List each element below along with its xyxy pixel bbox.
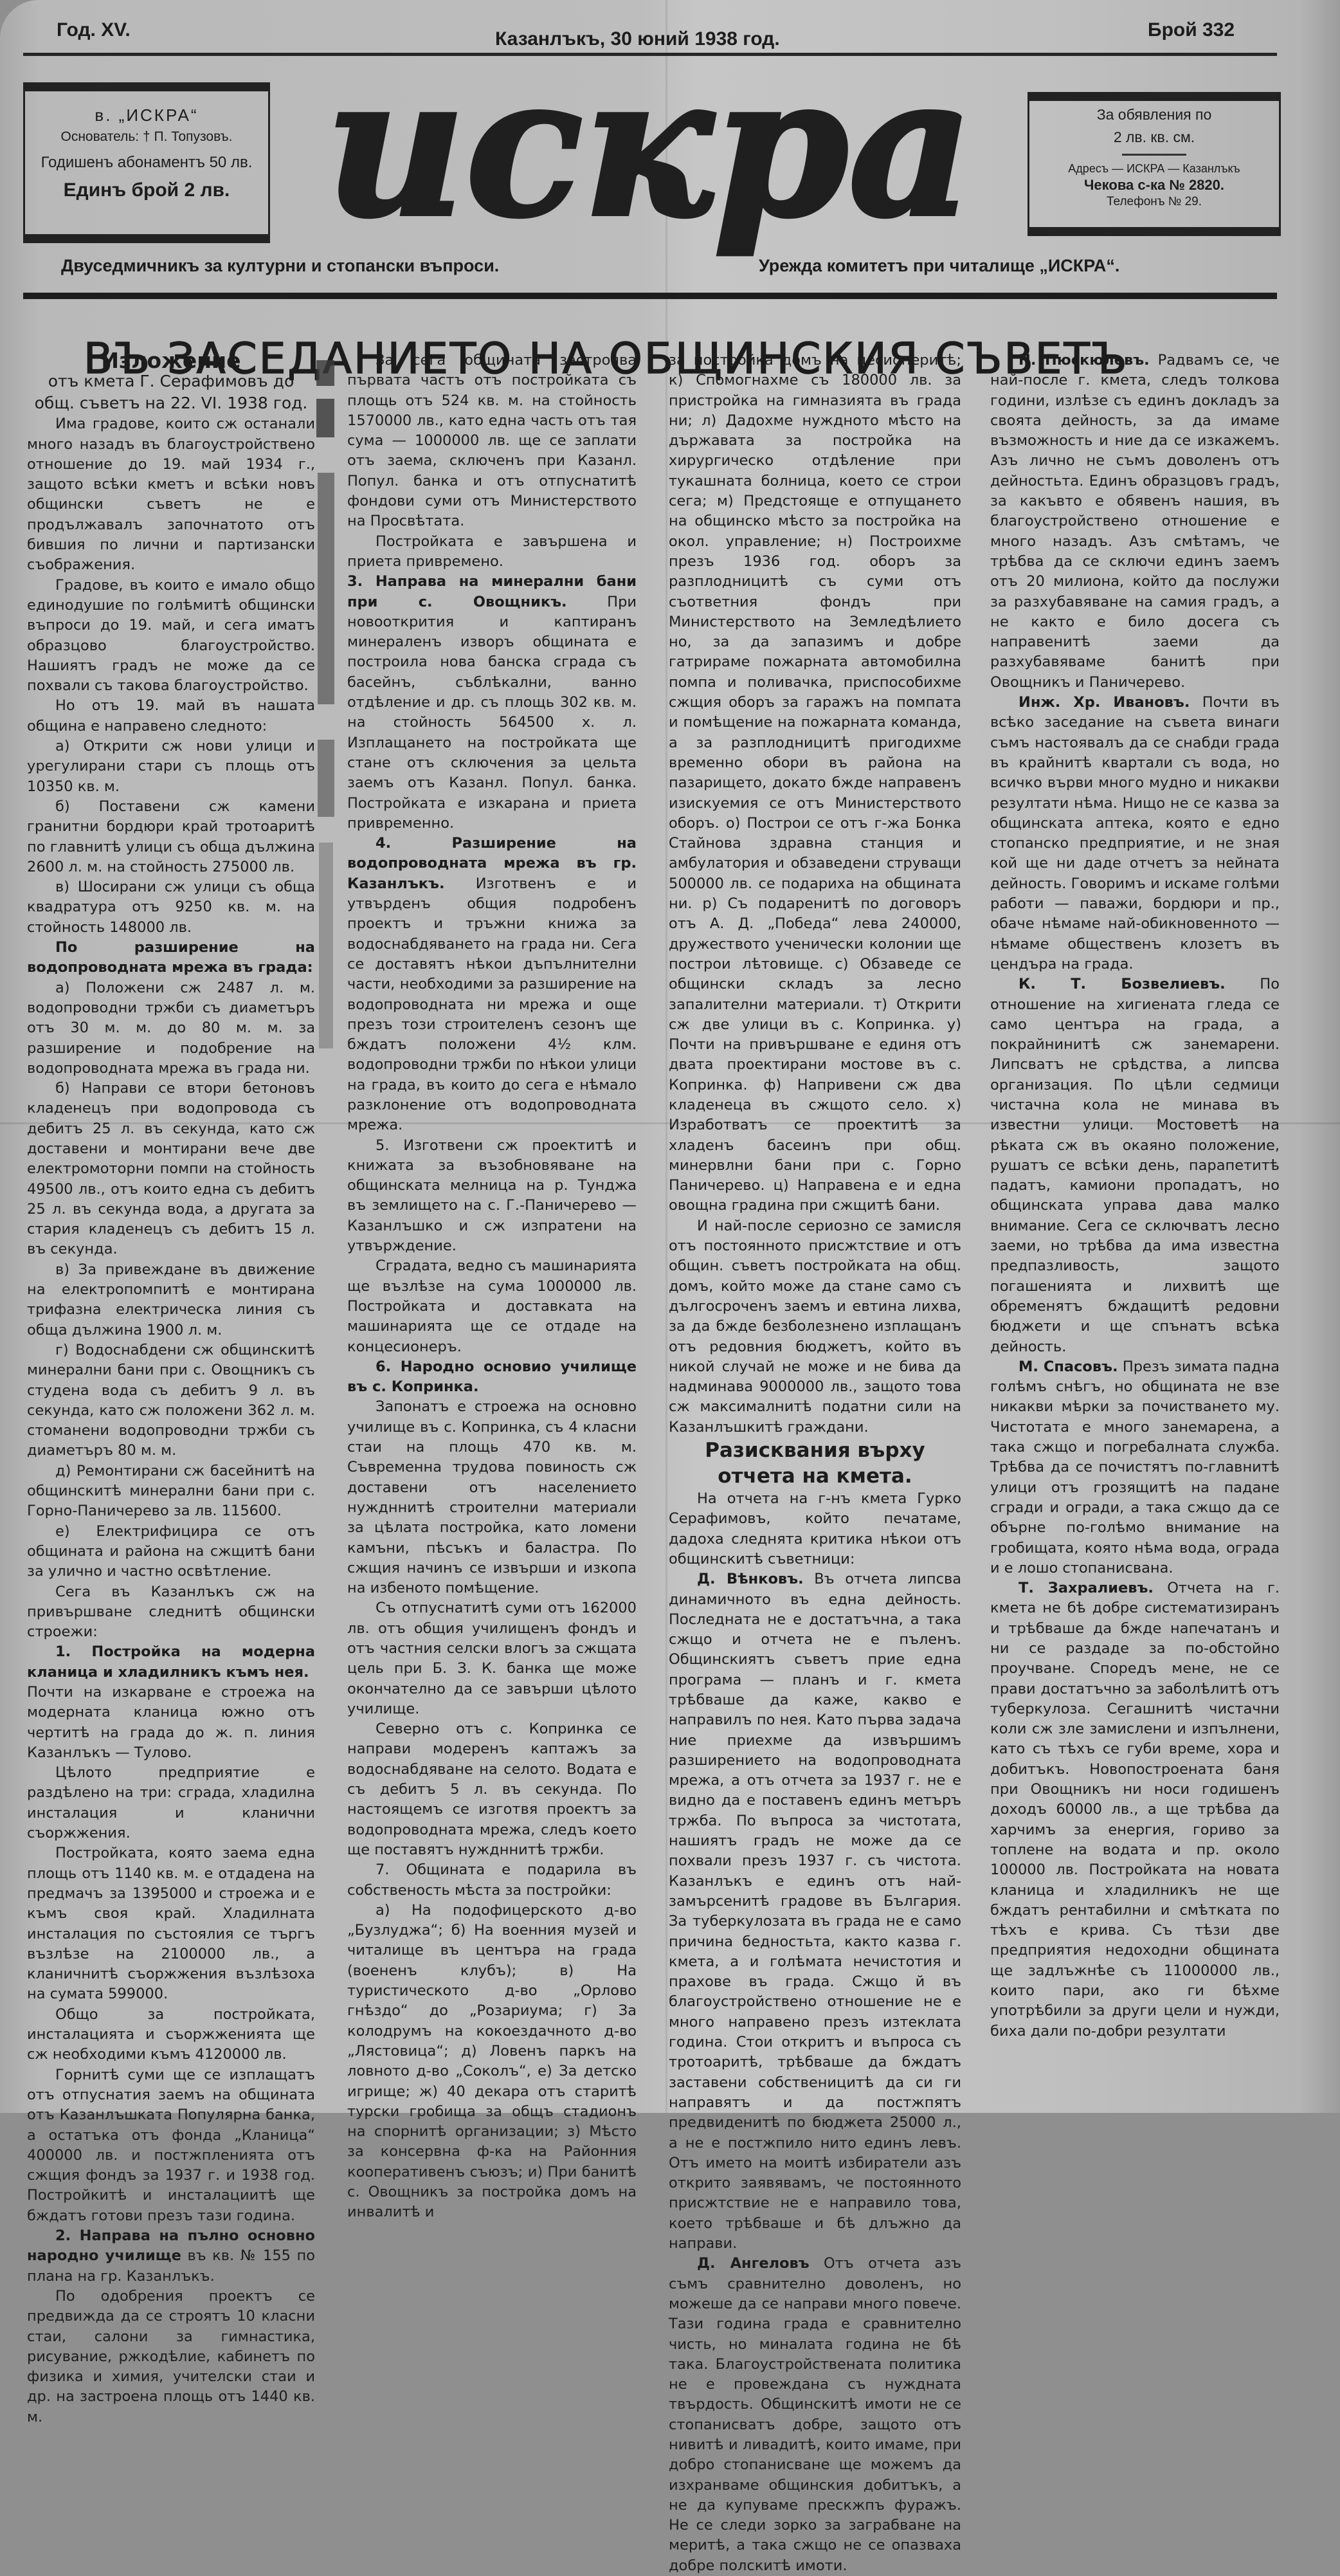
column-2: За сега общината застроява първата частъ… [347, 351, 637, 2113]
paragraph: Цѣлото предприятие е раздѣлено на три: с… [27, 1763, 315, 1843]
paragraph: За сега общината застроява първата частъ… [347, 351, 637, 532]
paragraph: На отчета на г-нъ кмета Гурко Серафимовъ… [669, 1489, 961, 1569]
tagline-left: Двуседмичникъ за културни и стопански въ… [61, 256, 499, 276]
paragraph: д) Ремонтирани сж басейнитѣ на общинскит… [27, 1461, 315, 1522]
ink-stain [316, 399, 334, 437]
paragraph: Но отъ 19. май въ нашата община е направ… [27, 696, 315, 736]
paragraph: Градове, въ които е имало общо единодуши… [27, 576, 315, 697]
paragraph: Горнитѣ суми ще се изплащатъ отъ отпусна… [27, 2065, 315, 2113]
speech: Т. Захралиевъ. Отчета на г. кмета не бѣ … [990, 1578, 1280, 2042]
speech: К. Т. Бозвелиевъ. По отношение на хигиен… [990, 974, 1280, 1357]
speech: Д. Вѣнковъ. Въ отчета липсва динамичното… [669, 1569, 961, 2113]
masthead-rule [23, 293, 1277, 299]
paragraph: Постройката, която заема една площь отъ … [27, 1843, 315, 2004]
paragraph: Постройката е завършена и приета приврем… [347, 532, 637, 572]
ink-stain [319, 843, 333, 1048]
newspaper-page: Год. XV. Казанлъкъ, 30 юний 1938 год. Бр… [0, 0, 1340, 2113]
speaker-name: Н. Пюскюлевъ. [1019, 352, 1150, 369]
paragraph: Има градове, които сж останали много наз… [27, 414, 315, 575]
dateline: Казанлъкъ, 30 юний 1938 год. [495, 28, 780, 50]
article-title: Изложение [27, 351, 315, 370]
paragraph: е) Електрифицира се отъ общината и район… [27, 1522, 315, 1582]
item-4: 4. Разширение на водопроводната мрежа въ… [347, 834, 637, 1135]
paragraph: б) Направи се втори бетоновъ кладенецъ п… [27, 1079, 315, 1260]
speech: Н. Пюскюлевъ. Радвамъ се, че най-после г… [990, 351, 1280, 693]
item-heading: 6. Народно основио училище въ с. Копринк… [347, 1357, 637, 1398]
ink-stain [318, 740, 334, 817]
speaker-name: М. Спасовъ. [1019, 1358, 1118, 1375]
volume-year: Год. XV. [57, 19, 131, 41]
ink-stain [318, 473, 334, 704]
paragraph: 5. Изготвени сж проектитѣ и книжата за в… [347, 1136, 637, 1257]
annual-subscription: Годишенъ абонаментъ 50 лв. [25, 154, 268, 172]
paragraph: а) Положени сж 2487 л. м. водопроводни т… [27, 978, 315, 1079]
masthead-text: искра [325, 69, 973, 260]
speech: Инж. Хр. Ивановъ. Почти въ всѣко заседан… [990, 693, 1280, 974]
cheque-account: Чекова с-ка № 2820. [1029, 177, 1279, 194]
paragraph: Сградата, ведно съ машинарията ще възлѣз… [347, 1256, 637, 1357]
subscription-box: в. „ИСКРА“ Основатель: † П. Топузовъ. Го… [23, 82, 270, 243]
paragraph: Почти на изкарване е строежа на модернат… [27, 1683, 315, 1763]
ads-rate-label: За обявления по [1029, 106, 1279, 123]
ads-rate: 2 лв. кв. см. [1029, 129, 1279, 146]
paper-name: в. „ИСКРА“ [25, 105, 268, 125]
paragraph: Общо за постройката, инсталацията и съор… [27, 2005, 315, 2065]
paragraph: Сега въ Казанлъкъ сж на привършване след… [27, 1582, 315, 1643]
section-heading: По разширение на водопроводната мрежа въ… [27, 938, 315, 978]
speech: М. Спасовъ. Презъ зимата падна голѣмъ сн… [990, 1357, 1280, 1578]
single-issue-price: Единъ брой 2 лв. [25, 179, 268, 201]
paragraph: Запонатъ е строежа на основно училище въ… [347, 1397, 637, 1598]
paragraph: Северно отъ с. Копринка се направи модер… [347, 1719, 637, 1860]
advertising-box: За обявления по 2 лв. кв. см. Адресъ — И… [1028, 92, 1281, 236]
paragraph: б) Поставени сж камени гранитни бордюри … [27, 797, 315, 877]
tagline-right: Урежда комитетъ при читалище „ИСКРА“. [759, 256, 1119, 276]
speaker-name: К. Т. Бозвелиевъ. [1019, 976, 1226, 992]
paragraph: а) Открити сж нови улици и урегулирани с… [27, 736, 315, 797]
masthead-logo: искра [283, 69, 1016, 262]
telephone: Телефонъ № 29. [1029, 195, 1279, 209]
item-heading: 1. Постройка на модерна кланица и хладил… [27, 1642, 315, 1683]
issue-number: Брой 332 [1148, 19, 1235, 41]
address: Адресъ — ИСКРА — Казанлъкъ [1029, 162, 1279, 176]
paragraph: а) На подофицерското д-во „Бузлуджа“; б)… [347, 1901, 637, 2113]
divider [1122, 154, 1186, 156]
paragraph: в) За привеждане въ движение на електроп… [27, 1260, 315, 1340]
speaker-name: Д. Вѣнковъ. [697, 1571, 804, 1587]
speaker-name: Т. Захралиевъ. [1019, 1580, 1154, 1596]
paragraph: И най-после сериозно се замисля отъ пост… [669, 1216, 961, 1438]
item-3: 3. Направа на минерални бани при с. Овощ… [347, 572, 637, 834]
article2-title: Разисквания върху отчета на кмета. [669, 1438, 961, 1489]
speaker-name: Инж. Хр. Ивановъ. [1019, 694, 1190, 711]
column-4: Н. Пюскюлевъ. Радвамъ се, че най-после г… [990, 351, 1280, 2042]
founder: Основатель: † П. Топузовъ. [25, 129, 268, 145]
article-byline: отъ кмета Г. Серафимовъ до общ. съветъ н… [27, 370, 315, 414]
top-rule [23, 53, 1277, 56]
vertical-fold-crease [665, 0, 667, 2113]
column-3: за постройка домъ на песионеритѣ; к) Спо… [669, 351, 961, 2113]
paragraph: Съ отпуснатитѣ суми отъ 162000 лв. отъ о… [347, 1598, 637, 1719]
paragraph: за постройка домъ на песионеритѣ; к) Спо… [669, 351, 961, 1216]
paragraph: г) Водоснабдени сж общинскитѣ минерални … [27, 1340, 315, 1461]
column-1: Изложение отъ кмета Г. Серафимовъ до общ… [27, 351, 315, 2113]
paragraph: в) Шосирани сж улици съ обща квадратура … [27, 877, 315, 938]
paragraph: 7. Общината е подарила въ собственость м… [347, 1860, 637, 1901]
ink-stain [316, 360, 334, 386]
